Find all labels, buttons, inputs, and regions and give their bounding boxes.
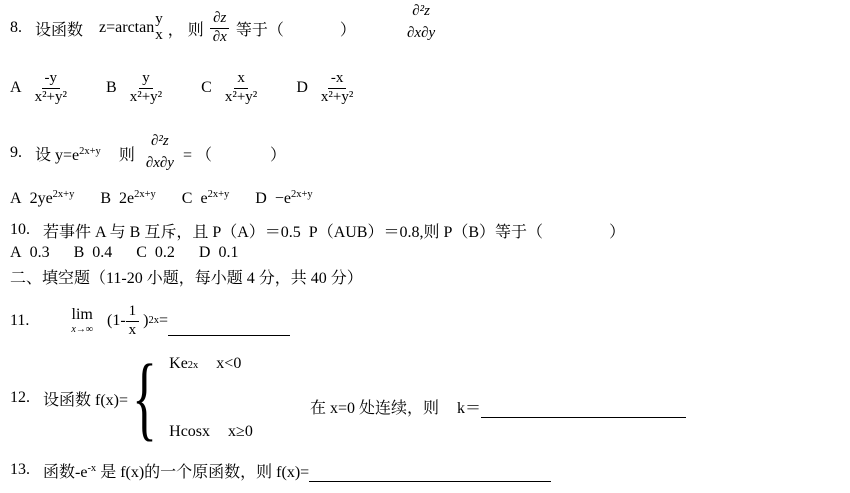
answer-blank[interactable] [168,323,290,336]
limit-operator: lim x→∞ [71,307,93,335]
exponent: 2x+y [291,189,313,200]
option-c-fraction: x x²+y² [222,70,260,106]
question-9-options: A 2ye2x+y B 2e2x+y C e2x+y D −e2x+y [10,187,313,211]
cases-brace: { [132,354,157,442]
question-8-lead: 设函数 [35,17,83,40]
question-9-expression: 设 y=e2x+y [35,142,101,165]
question-13-text: 是 f(x)的一个原函数，则 f(x)= [100,459,309,482]
question-8-number: 8. [10,19,22,37]
case-2-condition: x≥0 [228,423,253,441]
second-derivative-expression: ∂²z ∂x∂y [406,1,436,45]
option-b: B y x²+y² [106,70,165,106]
option-d: D -x x²+y² [296,70,356,106]
option-d: D 0.1 [199,244,239,262]
option-b-label: B [106,79,117,97]
question-13: 13. 函数-e-x 是 f(x)的一个原函数，则 f(x)= [10,457,551,483]
option-a-label: A [10,79,22,97]
question-12-lead: 设函数 f(x)= [43,387,128,410]
option-d-label: D [296,79,308,97]
option-c: C x x²+y² [201,70,260,106]
question-8-mid: ， 则 [168,17,204,40]
d2z-dxdy-fraction: ∂²z ∂x∂y [145,131,175,175]
question-10-options: A 0.3 B 0.4 C 0.2 D 0.1 [10,242,238,264]
question-11-open: (1- [107,312,126,330]
option-c: C 0.2 [136,244,175,262]
exponent: 2x+y [79,146,101,157]
piecewise-cases: Ke2x x<0 Hcosx x≥0 [169,355,253,441]
answer-blank[interactable] [309,469,551,482]
question-10-text: 若事件 A 与 B 互斥，且 P（A）＝0.5 P（AUB）＝0.8,则 P（B… [43,219,543,242]
case-1-condition: x<0 [216,355,241,373]
option-d-fraction: -x x²+y² [318,70,356,106]
question-8: 8. 设函数 z=arctan y x ， 则 ∂z ∂x 等于（ ） [10,6,356,50]
question-9-close-paren: ） [270,142,286,165]
one-over-x-fraction: 1 x [126,303,140,339]
question-9-equals: = （ [183,142,212,165]
exam-page: 8. 设函数 z=arctan y x ， 则 ∂z ∂x 等于（ ） ∂²z … [0,0,850,493]
answer-blank[interactable] [481,405,686,418]
question-12-k-label: k＝ [457,395,481,418]
option-a: A -y x²+y² [10,70,70,106]
question-10: 10. 若事件 A 与 B 互斥，且 P（A）＝0.5 P（AUB）＝0.8,则… [10,219,625,241]
question-8-tail: 等于（ [236,17,284,40]
option-a: A 2ye2x+y [10,190,74,208]
option-b: B 0.4 [74,244,113,262]
option-c: C e2x+y [182,190,229,208]
question-9-mid: 则 [119,142,135,165]
question-11-number: 11. [10,312,29,330]
case-2: Hcosx x≥0 [169,423,253,441]
question-12: 12. 设函数 f(x)= { Ke2x x<0 Hcosx x≥0 [10,352,253,444]
question-12-right-text: 在 x=0 处连续，则 [310,395,439,418]
option-d: D −e2x+y [255,190,312,208]
dz-dx-fraction: ∂z ∂x [210,10,230,46]
option-b-fraction: y x²+y² [127,70,165,106]
question-10-close-paren: ） [609,219,625,242]
exponent: 2x+y [53,189,75,200]
question-9: 9. 设 y=e2x+y 则 ∂²z ∂x∂y = （ ） [10,128,286,178]
question-13-expression: 函数-e-x [43,459,96,482]
exponent: -x [87,463,96,474]
question-8-options: A -y x²+y² B y x²+y² C x x²+y² D -x x²+ [10,64,356,112]
option-a-fraction: -y x²+y² [32,70,70,106]
question-8-expression: z=arctan [99,19,154,37]
exponent: 2x+y [208,189,230,200]
question-8-close-paren: ） [340,17,356,40]
question-12-number: 12. [10,389,30,407]
question-10-number: 10. [10,221,30,239]
section-2-title: 二、填空题（11-20 小题，每小题 4 分，共 40 分） [10,265,363,288]
exponent: 2x+y [134,189,156,200]
option-c-label: C [201,79,212,97]
option-b: B 2e2x+y [100,190,155,208]
option-a: A 0.3 [10,244,50,262]
question-11-equals: = [159,312,168,330]
question-9-number: 9. [10,144,22,162]
case-1: Ke2x x<0 [169,355,253,373]
question-13-number: 13. [10,461,30,479]
question-11: 11. lim x→∞ (1- 1 x ) 2x = [10,297,290,345]
arctan-argument-fraction: y x [154,12,164,44]
section-2-header: 二、填空题（11-20 小题，每小题 4 分，共 40 分） [10,264,363,288]
question-12-continuity: 在 x=0 处连续，则 k＝ [310,394,686,418]
